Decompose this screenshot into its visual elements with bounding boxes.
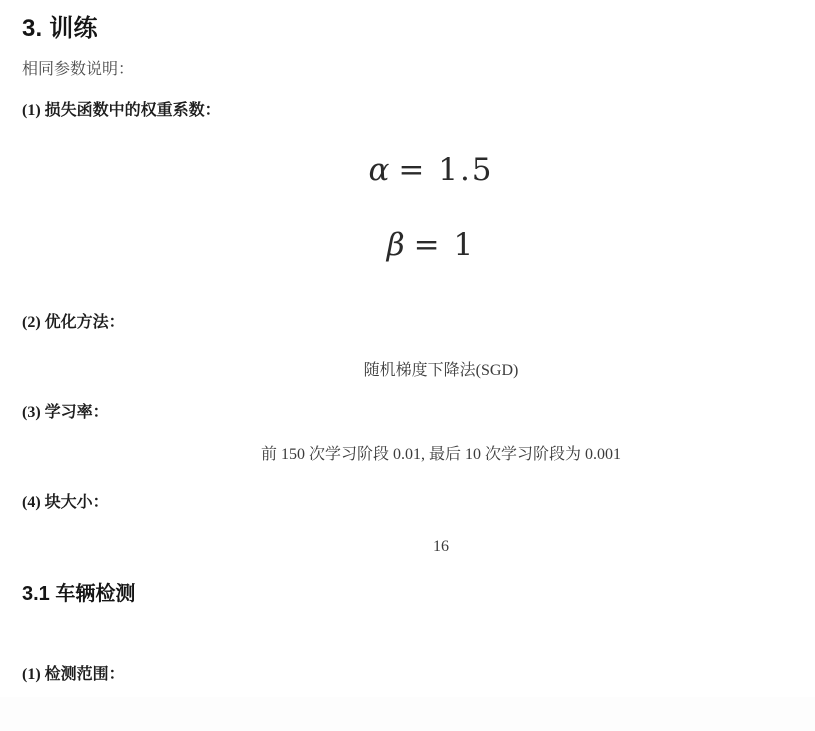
param-value-learning-rate: 前 150 次学习阶段 0.01, 最后 10 次学习阶段为 0.001: [22, 444, 815, 465]
param-label-optimizer: (2) 优化方法：: [22, 312, 815, 333]
param-value-batch-size: 16: [22, 536, 815, 557]
section-heading-training: 3. 训练: [22, 13, 815, 44]
formula-alpha-variable: α: [368, 152, 389, 188]
intro-paragraph: 相同参数说明：: [22, 60, 815, 80]
formula-beta-variable: β: [387, 227, 405, 263]
param-label-learning-rate: (3) 学习率：: [22, 402, 815, 423]
subsection-heading-vehicle-detection: 3.1 车辆检测: [22, 581, 815, 608]
formula-alpha-value: = 1.5: [398, 152, 493, 188]
article-section: 3. 训练 相同参数说明： (1) 损失函数中的权重系数： α= 1.5 β= …: [0, 13, 815, 685]
param-value-optimizer: 随机梯度下降法(SGD): [22, 360, 815, 381]
formula-beta-value: = 1: [414, 227, 476, 263]
formula-alpha: α= 1.5: [22, 150, 815, 191]
param-label-batch-size: (4) 块大小：: [22, 492, 815, 513]
page-bottom-strip: [0, 697, 815, 731]
param-label-detection-range: (1) 检测范围：: [22, 664, 815, 685]
formula-beta: β= 1: [22, 225, 815, 266]
param-label-loss-weights: (1) 损失函数中的权重系数：: [22, 100, 815, 121]
